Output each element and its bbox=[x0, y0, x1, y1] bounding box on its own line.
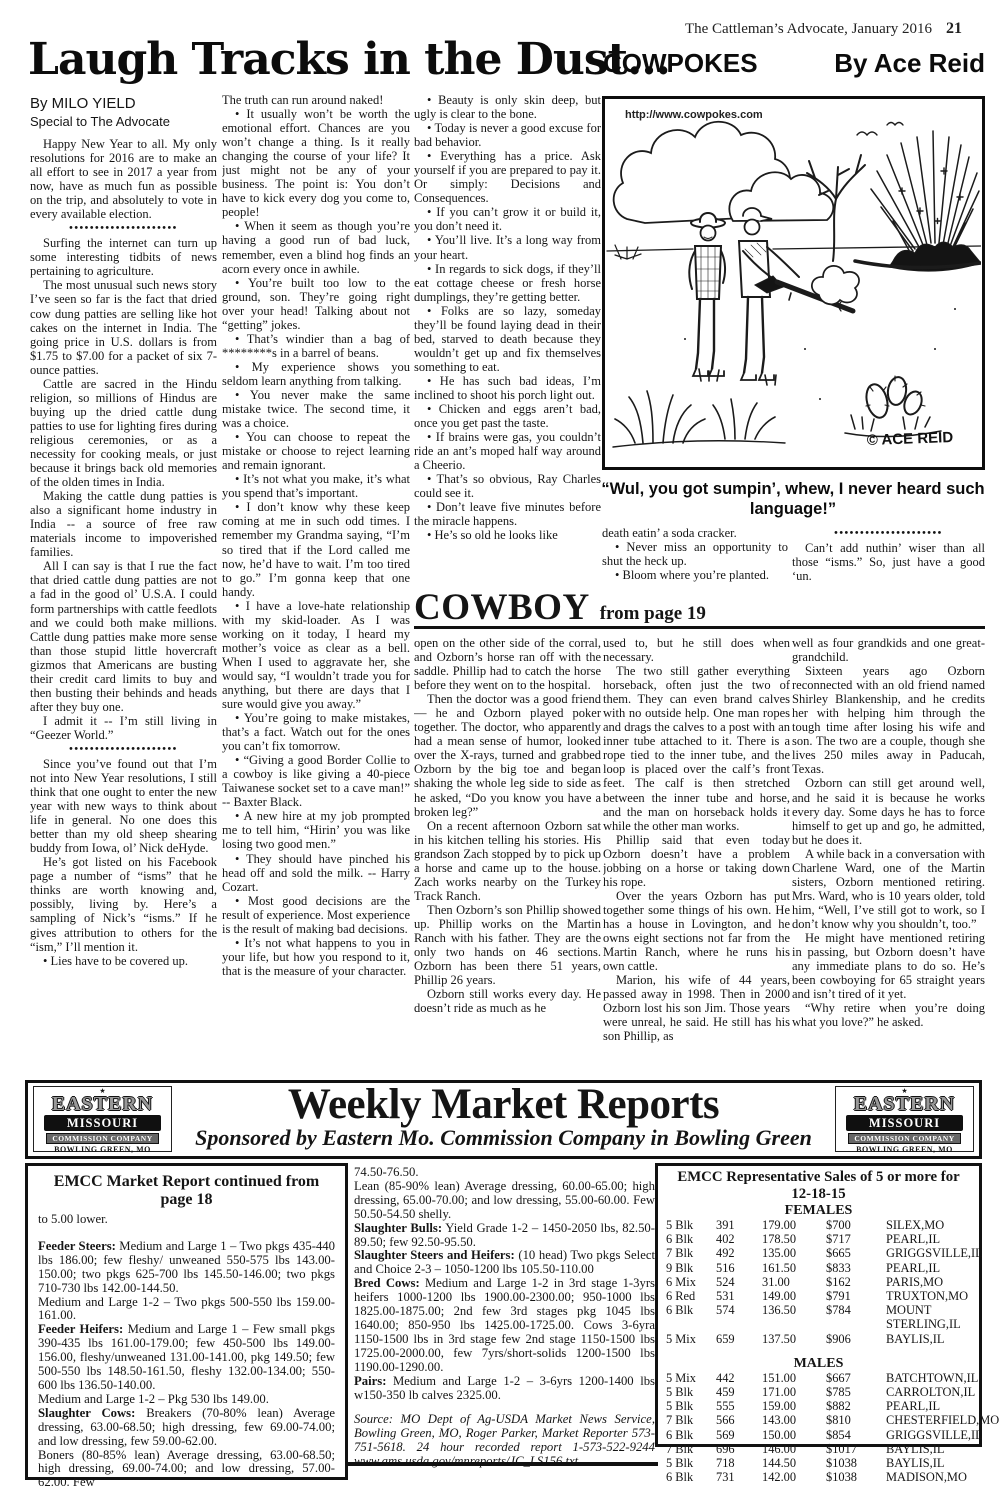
article-paragraph: • Today is never a good excuse for bad b… bbox=[414, 121, 601, 149]
sale-buyer-city: SILEX,MO bbox=[886, 1218, 971, 1232]
article-paragraph: He might have mentioned retiring in pass… bbox=[792, 931, 985, 1001]
cactus bbox=[845, 376, 941, 437]
article-paragraph: A while back in a conversation with Char… bbox=[792, 847, 985, 931]
sale-price-head: $1038 bbox=[826, 1470, 886, 1484]
bird bbox=[857, 132, 877, 135]
sales-header: EMCC Representative Sales of 5 or more f… bbox=[666, 1169, 971, 1203]
article-paragraph: Happy New Year to all. My only resolutio… bbox=[30, 137, 217, 221]
sale-price-head: $700 bbox=[826, 1218, 886, 1232]
article-paragraph: • Folks are so lazy, someday they’ll be … bbox=[414, 304, 601, 374]
market-paragraph: Feeder Heifers: Medium and Large 1 – Few… bbox=[38, 1323, 335, 1393]
sale-head-count: 5 Blk bbox=[666, 1456, 716, 1470]
cowboy-rule bbox=[414, 626, 985, 629]
article-paragraph: • That’s so obvious, Ray Charles could s… bbox=[414, 472, 601, 500]
sale-buyer-city: MOUNT STERLING,IL bbox=[886, 1303, 971, 1331]
sale-buyer-city: TRUXTON,MO bbox=[886, 1289, 971, 1303]
cowboy-header: COWBOYfrom page 19 bbox=[414, 586, 706, 629]
market-paragraph: Pairs: Medium and Large 1-2 – 3-6yrs 120… bbox=[354, 1375, 655, 1403]
article-paragraph: The two still gather everything horsebac… bbox=[603, 664, 790, 833]
article-paragraph: All I can say is that I rue the fact tha… bbox=[30, 559, 217, 714]
cartoon-drawing: © ACE REID bbox=[605, 99, 981, 466]
sale-price-cwt: 178.50 bbox=[762, 1232, 826, 1246]
sale-price-cwt: 150.00 bbox=[762, 1428, 826, 1442]
sale-buyer-city: PEARL,IL bbox=[886, 1261, 971, 1275]
laugh-tracks-column-4b: •••••••••••••••••••••Can’t add nuthin’ w… bbox=[792, 526, 985, 602]
article-paragraph: Ozborn can still get around well, and he… bbox=[792, 776, 985, 846]
article-paragraph: Since you’ve found out that I’m not into… bbox=[30, 757, 217, 855]
masthead: The Cattleman’s Advocate, January 201621 bbox=[685, 20, 962, 38]
table-row: 7 Blk696146.00$1017BAYLIS,IL bbox=[666, 1442, 971, 1456]
cartoon-caption: “Wul, you got sumpin’, whew, I never hea… bbox=[600, 479, 986, 519]
sale-weight: 402 bbox=[716, 1232, 762, 1246]
article-paragraph: The most unusual such news story I’ve se… bbox=[30, 278, 217, 376]
article-paragraph: used to, but he still does when necessar… bbox=[603, 636, 790, 664]
sale-weight: 696 bbox=[716, 1442, 762, 1456]
article-paragraph: Sixteen years ago Ozborn reconnected wit… bbox=[792, 664, 985, 776]
article-paragraph: • Never miss an opportunity to shut the … bbox=[602, 540, 788, 568]
cowpokes-title: COWPOKES bbox=[603, 48, 758, 79]
article-paragraph: • That’s windier than a bag of ********s… bbox=[222, 332, 410, 360]
table-row: 6 Blk574136.50$784MOUNT STERLING,IL bbox=[666, 1303, 971, 1331]
article-paragraph: On a recent afternoon Ozborn sat in his … bbox=[414, 819, 601, 903]
sale-buyer-city: CHESTERFIELD,MO bbox=[886, 1413, 999, 1427]
article-paragraph: He’s got listed on his Facebook page a n… bbox=[30, 855, 217, 953]
article-paragraph: • They should have pinched his head off … bbox=[222, 852, 410, 894]
sale-price-head: $906 bbox=[826, 1332, 886, 1346]
cartoon-signature: © ACE REID bbox=[867, 429, 954, 449]
market-paragraph: Bred Cows: Medium and Large 1-2 in 3rd s… bbox=[354, 1277, 655, 1374]
sale-weight: 566 bbox=[716, 1413, 762, 1427]
article-paragraph: • I have a love-hate relationship with m… bbox=[222, 599, 410, 711]
table-row: 6 Blk569150.00$854GRIGGSVILLE,IL bbox=[666, 1428, 971, 1442]
sale-head-count: 6 Blk bbox=[666, 1303, 716, 1331]
article-paragraph: well as four grandkids and one great-gra… bbox=[792, 636, 985, 664]
emcc-box-header: EMCC Market Report continued from page 1… bbox=[38, 1173, 335, 1209]
sale-weight: 555 bbox=[716, 1399, 762, 1413]
cowpokes-header: COWPOKES By Ace Reid bbox=[603, 48, 985, 79]
emcc-logo-left: ★ EASTERN MISSOURI COMMISSION COMPANY BO… bbox=[33, 1086, 172, 1152]
laugh-tracks-column-2: The truth can run around naked!• It usua… bbox=[222, 93, 410, 1075]
sale-head-count: 9 Blk bbox=[666, 1261, 716, 1275]
article-paragraph: • I don’t know why these keep coming at … bbox=[222, 500, 410, 598]
sale-head-count: 6 Mix bbox=[666, 1275, 716, 1289]
article-paragraph: open on the other side of the corral, an… bbox=[414, 636, 601, 692]
sale-price-head: $667 bbox=[826, 1371, 886, 1385]
sale-price-cwt: 142.00 bbox=[762, 1470, 826, 1484]
article-paragraph: • You’ll live. It’s a long way from your… bbox=[414, 233, 601, 261]
sales-females-rows: 5 Blk391179.00$700SILEX,MO 6 Blk402178.5… bbox=[666, 1218, 971, 1346]
sales-section-females: FEMALES bbox=[666, 1203, 971, 1218]
table-row: 5 Mix442151.00$667BATCHTOWN,IL bbox=[666, 1371, 971, 1385]
sale-price-cwt: 146.00 bbox=[762, 1442, 826, 1456]
article-paragraph: I admit it -- I’m still living in “Geeze… bbox=[30, 714, 217, 742]
article-paragraph: “Why retire when you’re doing what you l… bbox=[792, 1001, 985, 1029]
sale-head-count: 6 Blk bbox=[666, 1470, 716, 1484]
article-paragraph: • If you can’t grow it or build it, you … bbox=[414, 205, 601, 233]
sale-price-cwt: 151.00 bbox=[762, 1371, 826, 1385]
emcc-market-middle-column: 74.50-76.50.Lean (85-90% lean) Average d… bbox=[354, 1166, 655, 1466]
specks bbox=[684, 308, 956, 400]
logo-missouri: MISSOURI bbox=[44, 1115, 161, 1131]
table-row: 5 Mix659137.50$906BAYLIS,IL bbox=[666, 1332, 971, 1346]
market-category-label: Pairs: bbox=[354, 1374, 386, 1388]
sale-price-head: $791 bbox=[826, 1289, 886, 1303]
sale-weight: 516 bbox=[716, 1261, 762, 1275]
article-paragraph: • He has such bad ideas, I’m inclined to… bbox=[414, 374, 601, 402]
bird bbox=[887, 123, 903, 126]
article-paragraph: Cattle are sacred in the Hindu religion,… bbox=[30, 377, 217, 489]
sale-price-cwt: 137.50 bbox=[762, 1332, 826, 1346]
market-reports-banner: ★ EASTERN MISSOURI COMMISSION COMPANY BO… bbox=[25, 1080, 982, 1159]
market-source: Source: MO Dept of Ag-USDA Market News S… bbox=[354, 1413, 655, 1469]
emcc-logo-right: ★ EASTERN MISSOURI COMMISSION COMPANY BO… bbox=[835, 1086, 974, 1152]
laugh-tracks-column-1: Happy New Year to all. My only resolutio… bbox=[30, 137, 217, 1074]
sale-buyer-city: PEARL,IL bbox=[886, 1232, 971, 1246]
market-paragraph: Medium and Large 1-2 – Two pkgs 500-550 … bbox=[38, 1296, 335, 1324]
byline-sub: Special to The Advocate bbox=[30, 114, 170, 129]
sale-head-count: 6 Blk bbox=[666, 1428, 716, 1442]
market-paragraph: 74.50-76.50. bbox=[354, 1166, 655, 1180]
sale-head-count: 7 Blk bbox=[666, 1413, 716, 1427]
sale-head-count: 7 Blk bbox=[666, 1442, 716, 1456]
article-paragraph: • Don’t leave five minutes before the mi… bbox=[414, 500, 601, 528]
sales-section-males: MALES bbox=[666, 1356, 971, 1371]
logo-city: BOWLING GREEN, MO bbox=[836, 1146, 973, 1154]
sale-weight: 718 bbox=[716, 1456, 762, 1470]
sale-price-cwt: 136.50 bbox=[762, 1303, 826, 1331]
logo-eastern: EASTERN bbox=[836, 1094, 973, 1114]
issue-line: The Cattleman’s Advocate, January 2016 bbox=[685, 21, 932, 37]
sale-weight: 531 bbox=[716, 1289, 762, 1303]
article-paragraph: • Most good decisions are the result of … bbox=[222, 894, 410, 936]
cowboy-from-page: from page 19 bbox=[600, 603, 706, 624]
cowboy-figure bbox=[689, 213, 725, 376]
article-paragraph: ••••••••••••••••••••• bbox=[792, 526, 985, 541]
market-paragraph: Medium and Large 1-2 – Pkg 530 lbs 149.0… bbox=[38, 1393, 335, 1407]
article-paragraph: Can’t add nuthin’ wiser than all those “… bbox=[792, 541, 985, 583]
market-category-label: Slaughter Bulls: bbox=[354, 1221, 442, 1235]
cowboy-column-2: used to, but he still does when necessar… bbox=[603, 636, 790, 1074]
sale-weight: 574 bbox=[716, 1303, 762, 1331]
article-paragraph: Ozborn still works every day. He doesn’t… bbox=[414, 987, 601, 1015]
article-paragraph: Phillip said that even today Ozborn does… bbox=[603, 833, 790, 889]
table-row: 7 Blk492135.00$665GRIGGSVILLE,IL bbox=[666, 1246, 971, 1260]
emcc-mid-paragraphs: 74.50-76.50.Lean (85-90% lean) Average d… bbox=[354, 1166, 655, 1402]
article-paragraph: • Bloom where you’re planted. bbox=[602, 568, 788, 582]
table-row: 9 Blk516161.50$833PEARL,IL bbox=[666, 1261, 971, 1275]
sale-price-head: $784 bbox=[826, 1303, 886, 1331]
article-paragraph: • He’s so old he looks like bbox=[414, 528, 601, 542]
sale-weight: 492 bbox=[716, 1246, 762, 1260]
article-paragraph: • Beauty is only skin deep, but ugly is … bbox=[414, 93, 601, 121]
sale-weight: 391 bbox=[716, 1218, 762, 1232]
sale-weight: 569 bbox=[716, 1428, 762, 1442]
market-paragraph: Lean (85-90% lean) Average dressing, 60.… bbox=[354, 1180, 655, 1222]
burst-sparks bbox=[899, 168, 963, 224]
sale-price-head: $833 bbox=[826, 1261, 886, 1275]
market-paragraph: Slaughter Steers and Heifers: (10 head) … bbox=[354, 1249, 655, 1277]
sale-head-count: 6 Blk bbox=[666, 1232, 716, 1246]
article-paragraph: • You can choose to repeat the mistake o… bbox=[222, 430, 410, 472]
sale-head-count: 5 Blk bbox=[666, 1385, 716, 1399]
article-paragraph: • It’s not what you make, it’s what you … bbox=[222, 472, 410, 500]
article-title: Laugh Tracks in the Dust... bbox=[28, 34, 603, 85]
middle-column-rule bbox=[348, 1462, 658, 1466]
table-row: 5 Blk391179.00$700SILEX,MO bbox=[666, 1218, 971, 1232]
emcc-left-paragraphs: to 5.00 lower.Feeder Steers: Medium and … bbox=[38, 1213, 335, 1490]
article-paragraph: • It’s not what happens to you in your l… bbox=[222, 936, 410, 978]
market-category-label: Slaughter Steers and Heifers: bbox=[354, 1248, 515, 1262]
logo-missouri: MISSOURI bbox=[846, 1115, 963, 1131]
sale-price-cwt: 179.00 bbox=[762, 1218, 826, 1232]
article-paragraph: • Everything has a price. Ask yourself i… bbox=[414, 149, 601, 205]
page-number: 21 bbox=[946, 20, 962, 37]
sale-price-head: $665 bbox=[826, 1246, 886, 1260]
article-paragraph: • Lies have to be covered up. bbox=[30, 954, 217, 968]
article-paragraph: • It usually won’t be worth the emotiona… bbox=[222, 107, 410, 219]
sale-price-cwt: 144.50 bbox=[762, 1456, 826, 1470]
sale-buyer-city: GRIGGSVILLE,IL bbox=[886, 1428, 983, 1442]
sale-price-head: $1017 bbox=[826, 1442, 886, 1456]
sale-head-count: 7 Blk bbox=[666, 1246, 716, 1260]
sale-buyer-city: CARROLTON,IL bbox=[886, 1385, 975, 1399]
article-paragraph: • You’re built too low to the ground, so… bbox=[222, 276, 410, 332]
logo-commission: COMMISSION COMPANY bbox=[848, 1133, 961, 1145]
laugh-tracks-column-3: • Beauty is only skin deep, but ugly is … bbox=[414, 93, 601, 587]
sale-buyer-city: GRIGGSVILLE,IL bbox=[886, 1246, 983, 1260]
market-paragraph: to 5.00 lower. bbox=[38, 1213, 335, 1227]
sale-head-count: 6 Red bbox=[666, 1289, 716, 1303]
article-paragraph: • You’re going to make mistakes, that’s … bbox=[222, 711, 410, 753]
sale-price-cwt: 161.50 bbox=[762, 1261, 826, 1275]
market-paragraph: Slaughter Bulls: Yield Grade 1-2 – 1450-… bbox=[354, 1222, 655, 1250]
sale-price-cwt: 31.00 bbox=[762, 1275, 826, 1289]
article-paragraph: Marion, his wife of 44 years, passed awa… bbox=[603, 973, 790, 1043]
sale-head-count: 5 Mix bbox=[666, 1332, 716, 1346]
table-row: 7 Blk566143.00$810CHESTERFIELD,MO bbox=[666, 1413, 971, 1427]
article-paragraph: Then the doctor was a good friend — he a… bbox=[414, 692, 601, 818]
sale-price-cwt: 159.00 bbox=[762, 1399, 826, 1413]
market-category-label: Feeder Heifers: bbox=[38, 1322, 123, 1336]
emcc-representative-sales-box: EMCC Representative Sales of 5 or more f… bbox=[655, 1163, 982, 1447]
article-paragraph: Over the years Ozborn has put together s… bbox=[603, 889, 790, 973]
cowpokes-url: http://www.cowpokes.com bbox=[625, 109, 763, 121]
cowpokes-byline: By Ace Reid bbox=[834, 48, 985, 79]
sale-weight: 731 bbox=[716, 1470, 762, 1484]
sale-price-cwt: 143.00 bbox=[762, 1413, 826, 1427]
cartoon-panel: © ACE REID http://www.cowpokes.com bbox=[602, 96, 985, 470]
sale-price-head: $854 bbox=[826, 1428, 886, 1442]
logo-eastern: EASTERN bbox=[34, 1094, 171, 1114]
newspaper-page: The Cattleman’s Advocate, January 201621… bbox=[0, 0, 1000, 1500]
article-paragraph: Surfing the internet can turn up some in… bbox=[30, 236, 217, 278]
market-paragraph: Boners (80-85% lean) Average dressing, 6… bbox=[38, 1449, 335, 1491]
byline-block: By MILO YIELD Special to The Advocate bbox=[30, 95, 170, 129]
article-paragraph: • A new hire at my job prompted me to te… bbox=[222, 809, 410, 851]
sale-buyer-city: PARIS,MO bbox=[886, 1275, 971, 1289]
burst-lines bbox=[871, 131, 979, 257]
article-paragraph: death eatin’ a soda cracker. bbox=[602, 526, 788, 540]
sale-price-head: $1038 bbox=[826, 1456, 886, 1470]
sale-weight: 442 bbox=[716, 1371, 762, 1385]
sale-price-head: $162 bbox=[826, 1275, 886, 1289]
sale-price-head: $810 bbox=[826, 1413, 886, 1427]
sale-price-cwt: 149.00 bbox=[762, 1289, 826, 1303]
sale-price-cwt: 171.00 bbox=[762, 1385, 826, 1399]
emcc-market-report-box: EMCC Market Report continued from page 1… bbox=[25, 1163, 348, 1480]
market-category-label: Feeder Steers: bbox=[38, 1239, 116, 1253]
sales-males-rows: 5 Mix442151.00$667BATCHTOWN,IL 5 Blk4591… bbox=[666, 1371, 971, 1485]
sale-buyer-city: MADISON,MO bbox=[886, 1470, 971, 1484]
sale-weight: 524 bbox=[716, 1275, 762, 1289]
article-paragraph: • In regards to sick dogs, if they’ll ea… bbox=[414, 262, 601, 304]
sale-price-head: $717 bbox=[826, 1232, 886, 1246]
sale-buyer-city: BATCHTOWN,IL bbox=[886, 1371, 978, 1385]
cowboy-column-3: well as four grandkids and one great-gra… bbox=[792, 636, 985, 1074]
market-paragraph: Feeder Steers: Medium and Large 1 – Two … bbox=[38, 1240, 335, 1296]
sale-weight: 659 bbox=[716, 1332, 762, 1346]
table-row: 5 Blk718144.50$1038BAYLIS,IL bbox=[666, 1456, 971, 1470]
market-category-label: Slaughter Cows: bbox=[38, 1406, 135, 1420]
article-paragraph: The truth can run around naked! bbox=[222, 93, 410, 107]
sale-price-head: $882 bbox=[826, 1399, 886, 1413]
table-row: 6 Blk731142.00$1038MADISON,MO bbox=[666, 1470, 971, 1484]
sale-buyer-city: BAYLIS,IL bbox=[886, 1456, 971, 1470]
sale-buyer-city: BAYLIS,IL bbox=[886, 1332, 971, 1346]
logo-commission: COMMISSION COMPANY bbox=[46, 1133, 159, 1145]
byline-author: By MILO YIELD bbox=[30, 95, 170, 112]
sale-head-count: 5 Blk bbox=[666, 1399, 716, 1413]
article-paragraph: • “Giving a good Border Collie to a cowb… bbox=[222, 753, 410, 809]
sale-buyer-city: BAYLIS,IL bbox=[886, 1442, 971, 1456]
market-paragraph: Slaughter Cows: Breakers (70-80% lean) A… bbox=[38, 1407, 335, 1449]
cowboy-title: COWBOY bbox=[414, 587, 590, 628]
sale-head-count: 5 Mix bbox=[666, 1371, 716, 1385]
table-row: 6 Blk402178.50$717PEARL,IL bbox=[666, 1232, 971, 1246]
article-paragraph: ••••••••••••••••••••• bbox=[30, 742, 217, 757]
article-paragraph: • You never make the same mistake twice.… bbox=[222, 388, 410, 430]
logo-city: BOWLING GREEN, MO bbox=[34, 1146, 171, 1154]
article-paragraph: • If brains were gas, you couldn’t ride … bbox=[414, 430, 601, 472]
table-row: 6 Red531149.00$791TRUXTON,MO bbox=[666, 1289, 971, 1303]
table-row: 5 Blk459171.00$785CARROLTON,IL bbox=[666, 1385, 971, 1399]
market-category-label: Bred Cows: bbox=[354, 1276, 420, 1290]
table-row: 5 Blk555159.00$882PEARL,IL bbox=[666, 1399, 971, 1413]
table-row: 6 Mix52431.00$162PARIS,MO bbox=[666, 1275, 971, 1289]
article-paragraph: • My experience shows you seldom learn a… bbox=[222, 360, 410, 388]
article-paragraph: ••••••••••••••••••••• bbox=[30, 221, 217, 236]
article-paragraph: • Chicken and eggs aren’t bad, once you … bbox=[414, 402, 601, 430]
cowboy-column-1: open on the other side of the corral, an… bbox=[414, 636, 601, 1074]
sale-buyer-city: PEARL,IL bbox=[886, 1399, 971, 1413]
sale-weight: 459 bbox=[716, 1385, 762, 1399]
article-paragraph: Making the cattle dung patties is also a… bbox=[30, 489, 217, 559]
sale-price-cwt: 135.00 bbox=[762, 1246, 826, 1260]
sale-price-head: $785 bbox=[826, 1385, 886, 1399]
sale-head-count: 5 Blk bbox=[666, 1218, 716, 1232]
article-paragraph: • When it seem as though you’re having a… bbox=[222, 219, 410, 275]
article-paragraph: Then Ozborn’s son Phillip showed up. Phi… bbox=[414, 903, 601, 987]
